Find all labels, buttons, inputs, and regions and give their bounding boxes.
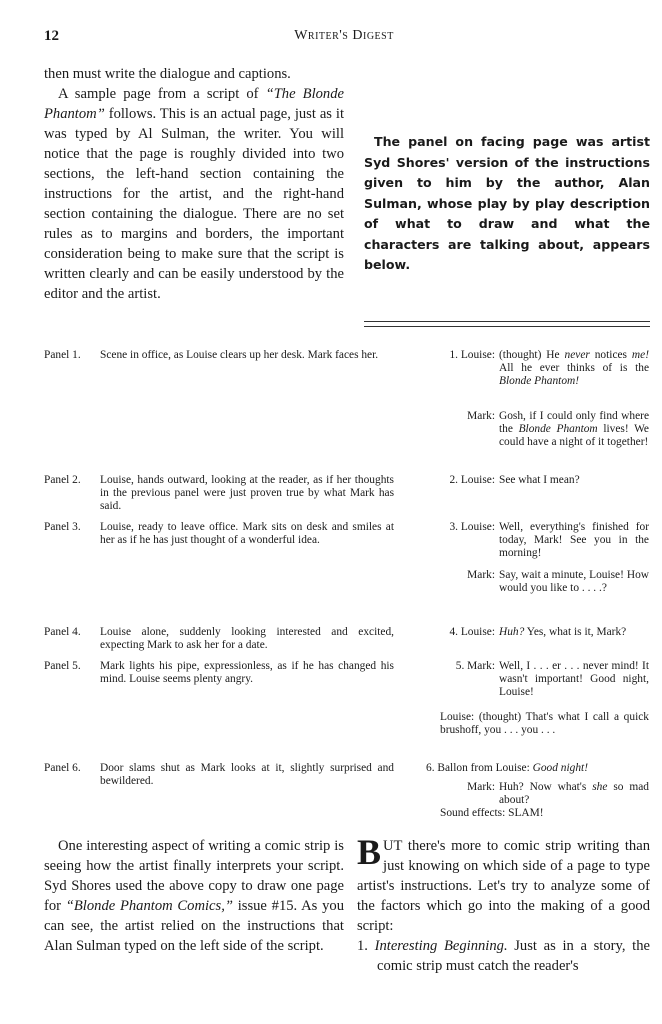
sidebar-caption: The panel on facing page was artist Syd … [364, 132, 650, 276]
speaker: 2. Louise: [423, 474, 495, 487]
dialogue-line: Louise: (thought) That's what I call a q… [440, 711, 649, 737]
dialogue-line: 6. Ballon from Louise: Good night! [426, 762, 652, 775]
dialogue-line: 4. Louise: Huh? Yes, what is it, Mark? [423, 626, 649, 639]
intro-text: then must write the dialogue and caption… [44, 64, 344, 304]
panel-instruction: Panel 2.Louise, hands outward, looking a… [44, 474, 394, 514]
speaker: Mark: [423, 410, 495, 423]
dialogue-line: Mark: Gosh, if I could only find where t… [423, 410, 649, 450]
dialogue-line: Mark: Huh? Now what's she so mad about? [423, 781, 649, 807]
panel-instruction: Panel 4.Louise alone, suddenly looking i… [44, 626, 394, 652]
speaker: Mark: [423, 569, 495, 582]
dialogue-line: 1. Louise: (thought) He never notices me… [423, 349, 649, 389]
dialogue-line: Sound effects: SLAM! [440, 807, 649, 820]
panel-instruction: Panel 6.Door slams shut as Mark looks at… [44, 762, 394, 788]
panel-instruction: Panel 1.Scene in office, as Louise clear… [44, 349, 394, 362]
dialogue-line: Mark: Say, wait a minute, Louise! How wo… [423, 569, 649, 595]
speaker: 1. Louise: [423, 349, 495, 362]
speaker: 4. Louise: [423, 626, 495, 639]
intro-paragraph: A sample page from a script of “The Blon… [44, 84, 344, 304]
drop-cap: B [357, 838, 381, 866]
comic-title: “Blonde Phantom Comics,” [66, 898, 233, 914]
dialogue-line: 2. Louise: See what I mean? [423, 474, 649, 487]
divider-rule [364, 321, 650, 327]
intro-line: then must write the dialogue and caption… [44, 64, 344, 84]
speaker: 3. Louise: [423, 521, 495, 534]
panel-instruction: Panel 3.Louise, ready to leave office. M… [44, 521, 394, 547]
body-right: BUT there's more to comic strip writing … [357, 836, 650, 976]
dialogue-line: 3. Louise: Well, everything's finished f… [423, 521, 649, 561]
speaker: 5. Mark: [423, 660, 495, 673]
body-left: One interesting aspect of writing a comi… [44, 836, 344, 956]
dialogue-line: 5. Mark: Well, I . . . er . . . never mi… [423, 660, 649, 700]
publication-title: Writer's Digest [44, 28, 644, 44]
speaker: Mark: [423, 781, 495, 794]
panel-instruction: Panel 5.Mark lights his pipe, expression… [44, 660, 394, 686]
running-head: 12 Writer's Digest [44, 28, 644, 50]
list-item: 1. Interesting Beginning. Just as in a s… [357, 936, 650, 976]
